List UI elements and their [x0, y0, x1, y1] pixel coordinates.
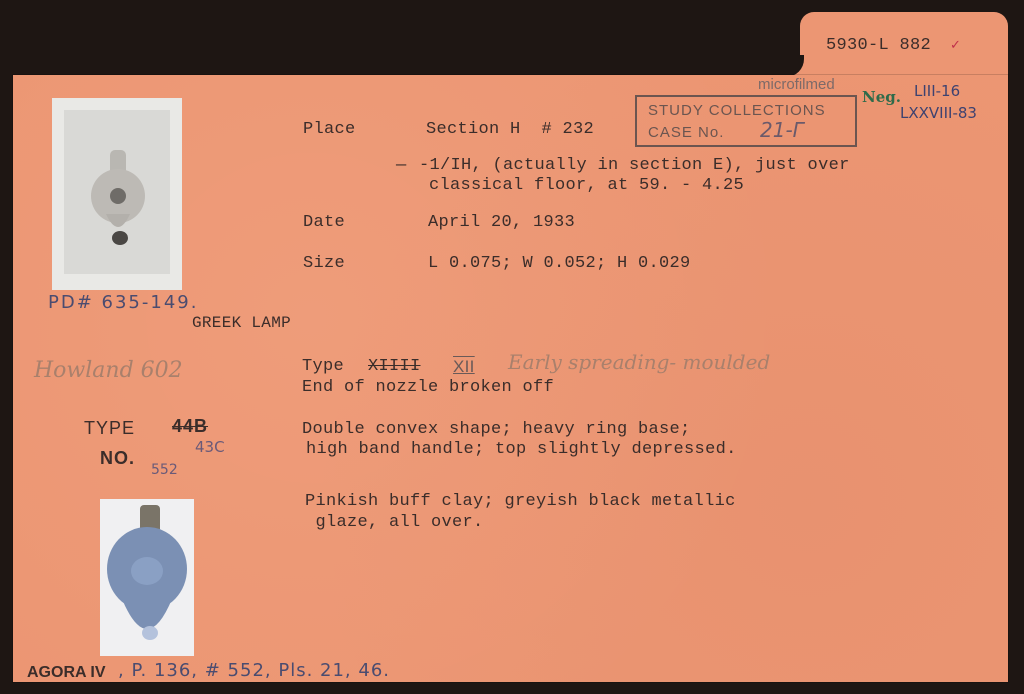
no-stamp-label: NO.	[100, 448, 135, 469]
type-value: XII	[453, 357, 475, 377]
howland-note: Howland 602	[34, 358, 183, 383]
type-stamp-corrected: 43C	[195, 438, 225, 456]
clay-line1: Pinkish buff clay; greyish black metalli…	[305, 492, 736, 512]
stamp-case-label: CASE No.	[648, 124, 724, 141]
lamp-photo-color	[100, 499, 194, 656]
place-line3: classical floor, at 59. - 4.25	[429, 176, 744, 196]
size-label: Size	[303, 254, 345, 274]
place-label: Place	[303, 120, 356, 140]
case-number: 21-Γ	[760, 118, 804, 142]
check-mark-icon: ✓	[950, 38, 961, 53]
neg-label: Neg.	[862, 88, 901, 106]
clay-line2: glaze, all over.	[305, 513, 484, 533]
lamp-photo-bw	[52, 98, 182, 290]
type-stamp-label: TYPE	[84, 418, 135, 439]
neg-line1: LIII-16	[914, 82, 960, 100]
type-pencil-note: Early spreading- moulded	[508, 350, 770, 374]
no-stamp-value: 552	[151, 462, 178, 478]
agora-reference: , P. 136, # 552, Pls. 21, 46.	[118, 660, 390, 681]
place-value: Section H # 232	[426, 120, 594, 140]
lamp-bw-icon	[64, 110, 170, 274]
type-label: Type	[302, 357, 344, 377]
catalog-number: 5930-L 882	[826, 36, 931, 56]
place-line2: -1/IH, (actually in section E), just ove…	[419, 156, 850, 176]
microfilmed-stamp: microfilmed	[758, 76, 835, 93]
place-dash: —	[396, 156, 407, 176]
lamp-color-icon	[100, 499, 194, 656]
object-name: GREEK LAMP	[192, 313, 291, 333]
type-struck: XIIII	[368, 357, 421, 377]
stamp-line1: STUDY COLLECTIONS	[648, 102, 826, 119]
date-value: April 20, 1933	[428, 213, 575, 233]
neg-line2: LXXVIII-83	[900, 104, 977, 122]
size-value: L 0.075; W 0.052; H 0.029	[428, 254, 691, 274]
photo-number: PD# 635-149.	[48, 292, 198, 313]
type-stamp-struck: 44B	[172, 416, 208, 437]
condition: End of nozzle broken off	[302, 378, 554, 398]
description-line2: high band handle; top slightly depressed…	[306, 440, 737, 460]
tab-notch	[780, 55, 804, 77]
date-label: Date	[303, 213, 345, 233]
agora-stamp: AGORA IV	[27, 664, 106, 682]
description-line1: Double convex shape; heavy ring base;	[302, 420, 691, 440]
